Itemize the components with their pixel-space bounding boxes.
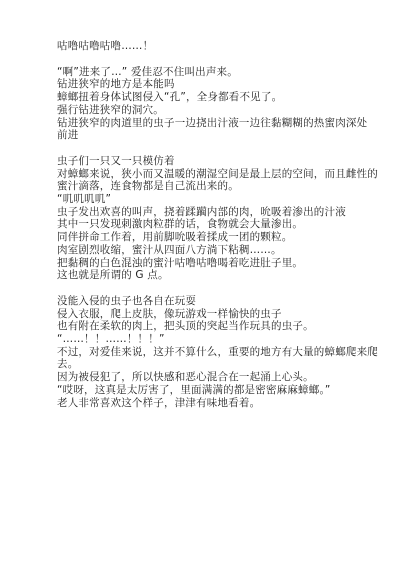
text-line: 虫子发出欢喜的叫声，挠着蹂躏内部的肉，吮吸着渗出的汁液 xyxy=(57,206,374,219)
text-line: “哎呀，这真是太厉害了，里面满满的都是密密麻麻蟑螂。” xyxy=(57,384,374,397)
text-line: “叽叽叽叽” xyxy=(57,193,374,206)
text-line: 也有附在柔软的肉上，把头顶的突起当作玩具的虫子。 xyxy=(57,320,374,333)
text-line: “……！！……！！！” xyxy=(57,333,374,346)
text-line: 咕噜咕噜咕噜……！ xyxy=(57,40,374,53)
text-line: 肉室剧烈收缩，蜜汁从四面八方淌下粘稠……。 xyxy=(57,244,374,257)
text-line: 其中一只发现刺激肉粒群的话，食物就会大量渗出。 xyxy=(57,218,374,231)
text-line: 不过，对爱佳来说，这并不算什么，重要的地方有大量的蟑螂爬来爬 xyxy=(57,346,374,359)
text-line: 蟑螂扭着身体试图侵入“孔”，全身都看不见了。 xyxy=(57,91,374,104)
text-line: 侵入衣服，爬上皮肤，像玩游戏一样愉快的虫子 xyxy=(57,308,374,321)
document-text: 咕噜咕噜咕噜……！ “啊”进来了…” 爱佳忍不住叫出声来。 钻进狭窄的地方是本能… xyxy=(57,40,374,422)
text-line: 钻进狭窄的地方是本能吗 xyxy=(57,78,374,91)
text-line: 这也就是所谓的 G 点。 xyxy=(57,269,374,282)
paragraph: 虫子们一只又一只模仿着 对蟑螂来说，狭小而又温暖的潮湿空间是最上层的空间，而且雌… xyxy=(57,155,374,282)
text-line: 同伴拼命工作着，用前脚吮吸着揉成一团的颗粒。 xyxy=(57,231,374,244)
text-line: 因为被侵犯了，所以快感和恶心混合在一起涌上心头。 xyxy=(57,371,374,384)
text-line: 前进 xyxy=(57,129,374,142)
paragraph: 没能入侵的虫子也各自在玩耍 侵入衣服，爬上皮肤，像玩游戏一样愉快的虫子 也有附在… xyxy=(57,295,374,409)
paragraph: 咕噜咕噜咕噜……！ xyxy=(57,40,374,53)
text-line: 对蟑螂来说，狭小而又温暖的潮湿空间是最上层的空间，而且雌性的 xyxy=(57,168,374,181)
text-line: 钻进狭窄的肉道里的虫子一边挠出汁液一边往黏糊糊的热蜜肉深处 xyxy=(57,117,374,130)
text-line: 把黏稠的白色混浊的蜜汁咕噜咕噜喝着吃进肚子里。 xyxy=(57,257,374,270)
text-line: “啊”进来了…” 爱佳忍不住叫出声来。 xyxy=(57,66,374,79)
text-line: 强行钻进狭窄的洞穴。 xyxy=(57,104,374,117)
text-line: 去。 xyxy=(57,358,374,371)
document-page: 咕噜咕噜咕噜……！ “啊”进来了…” 爱佳忍不住叫出声来。 钻进狭窄的地方是本能… xyxy=(0,0,400,566)
text-line: 没能入侵的虫子也各自在玩耍 xyxy=(57,295,374,308)
text-line: 虫子们一只又一只模仿着 xyxy=(57,155,374,168)
paragraph: “啊”进来了…” 爱佳忍不住叫出声来。 钻进狭窄的地方是本能吗 蟑螂扭着身体试图… xyxy=(57,66,374,142)
text-line: 蜜汁滴落，连食物都是自己流出来的。 xyxy=(57,180,374,193)
text-line: 老人非常喜欢这个样子，津津有味地看着。 xyxy=(57,397,374,410)
